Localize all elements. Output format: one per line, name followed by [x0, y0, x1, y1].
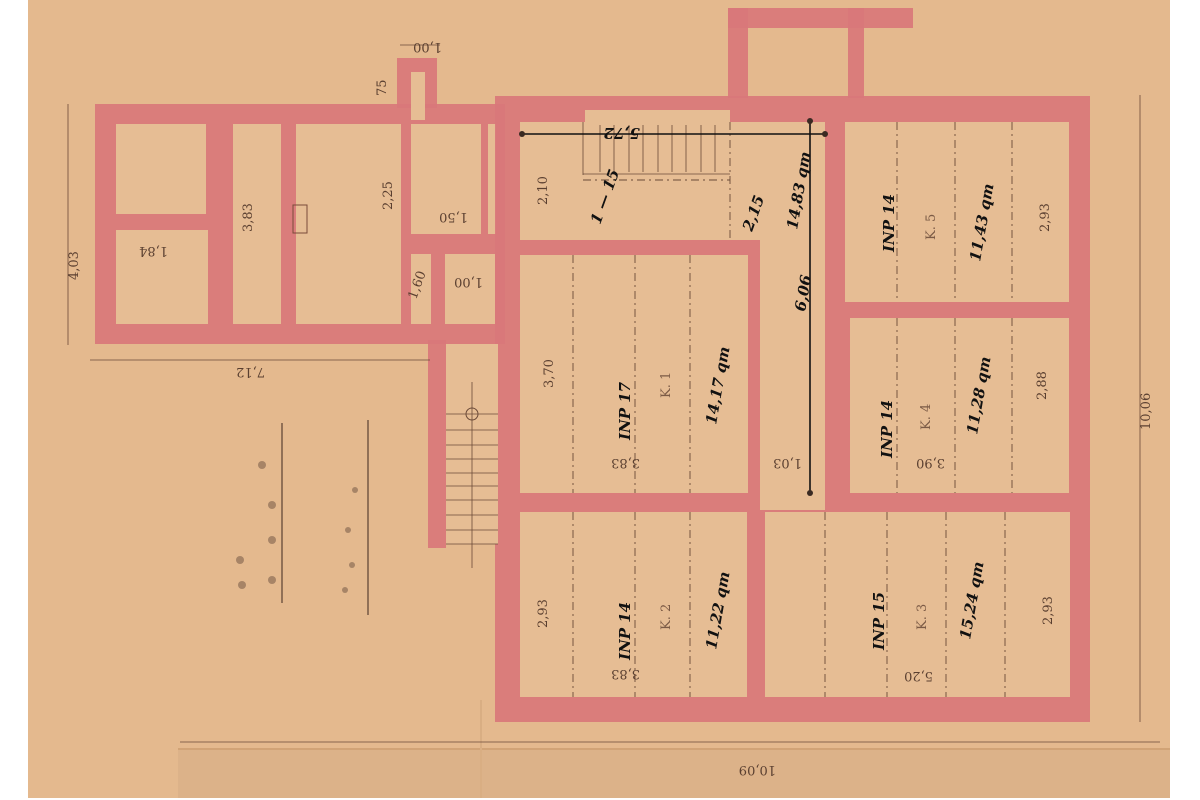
room-k4-number: K. 4 [919, 404, 934, 430]
room-k1-code: INP 17 [616, 381, 634, 441]
dim-chimney-width: 1,00 [413, 39, 442, 54]
room-k5-depth: 2,93 [1038, 203, 1053, 232]
room-k3-code: INP 15 [870, 592, 888, 651]
room-k3-depth: 2,93 [1041, 596, 1056, 625]
room-k1-depth: 3,70 [542, 359, 557, 388]
north-annex [728, 8, 913, 98]
hall-opening: 1,03 [773, 455, 802, 470]
dim-left-wing-width: 7,12 [236, 364, 265, 379]
dim-small-room-width: 1,00 [454, 274, 483, 289]
dim-corridor-depth: 3,83 [241, 203, 256, 232]
room-k4-code: INP 14 [878, 400, 896, 459]
tree-sketches [236, 420, 368, 615]
left-wing [95, 58, 505, 344]
dim-total-depth: 10,06 [1139, 393, 1154, 430]
dim-closet-width: 1,50 [439, 209, 468, 224]
room-k1-width: 3,83 [611, 455, 640, 470]
room-k5-number: K. 5 [924, 214, 939, 240]
hall-width: 5,72 [603, 124, 640, 142]
floor-plan: INP 17 K. 1 14,17 qm 3,70 3,83 INP 14 K.… [0, 0, 1200, 800]
dim-left-room-width: 1,84 [139, 243, 168, 258]
room-k2-code: INP 14 [616, 602, 634, 661]
room-k2-number: K. 2 [659, 604, 674, 630]
dim-total-width: 10,09 [739, 762, 776, 777]
entry-stair [428, 340, 498, 568]
room-k4-width: 3,90 [916, 455, 945, 470]
room-k1-number: K. 1 [659, 372, 674, 398]
room-k4-depth: 2,88 [1035, 371, 1050, 400]
dim-left-wing-height: 4,03 [67, 251, 82, 280]
dim-middle-room-depth: 2,25 [381, 181, 396, 210]
dim-chimney-offset: 75 [375, 79, 390, 96]
hall-depth-210: 2,10 [536, 176, 551, 205]
room-k3-width: 5,20 [904, 668, 933, 683]
room-k5 [845, 122, 1069, 302]
room-k2-width: 3,83 [611, 666, 640, 681]
room-k3-number: K. 3 [915, 604, 930, 630]
room-k2-depth: 2,93 [536, 599, 551, 628]
room-k5-code: INP 14 [880, 194, 898, 253]
